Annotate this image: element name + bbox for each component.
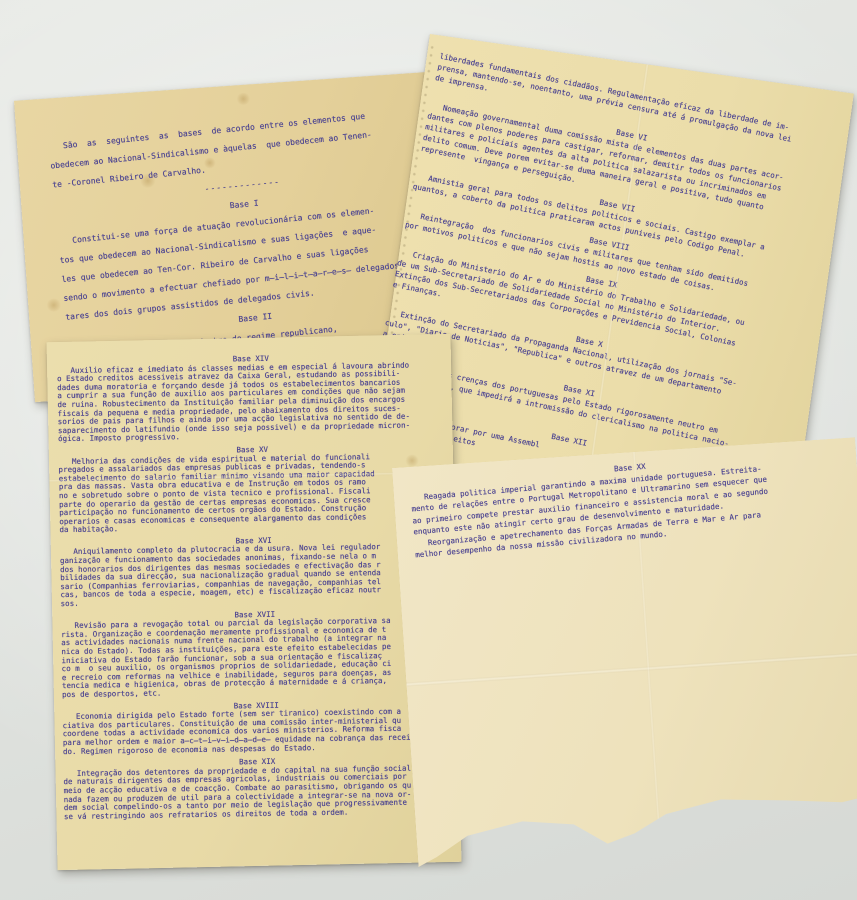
- typed-text-block: Base XIV Auxilio eficaz e imediato ás cl…: [47, 336, 458, 822]
- typescript-page-3: Base XIV Auxilio eficaz e imediato ás cl…: [47, 334, 462, 870]
- typescript-page-4: Base XX Reagada politica imperial garant…: [392, 437, 857, 897]
- photo-backdrop: São as seguintes as bases de acordo entr…: [0, 0, 857, 900]
